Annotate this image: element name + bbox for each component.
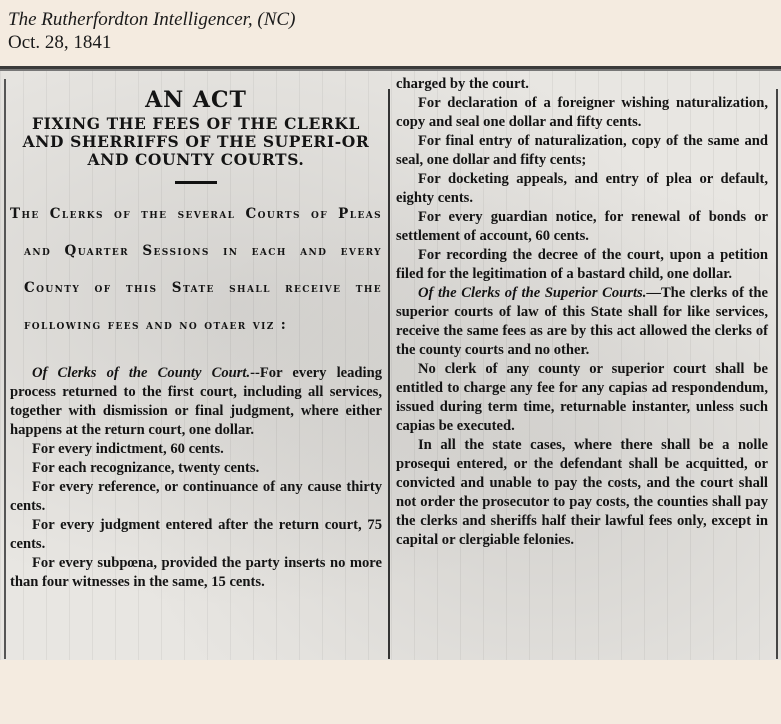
publication-date: Oct. 28, 1841 <box>8 31 295 54</box>
left-column: AN ACT FIXING THE FEES OF THE CLERKL AND… <box>10 75 382 592</box>
continued-text: charged by the court. <box>396 75 768 94</box>
right-border-rule <box>776 89 778 659</box>
newspaper-clipping: AN ACT FIXING THE FEES OF THE CLERKL AND… <box>0 66 781 660</box>
fee-paragraph: For every subpœna, provided the party in… <box>10 554 382 592</box>
fee-paragraph: For every indictment, 60 cents. <box>10 440 382 459</box>
left-border-rule <box>4 79 6 659</box>
newspaper-title: The Rutherfordton Intelligencer, (NC) <box>8 8 295 31</box>
act-subheading: FIXING THE FEES OF THE CLERKL AND SHERRI… <box>10 115 382 169</box>
fee-paragraph: In all the state cases, where there shal… <box>396 436 768 550</box>
heading-rule <box>175 181 217 184</box>
fee-paragraph: For every guardian notice, for renewal o… <box>396 208 768 246</box>
section-title: Of the Clerks of the Superior Courts. <box>418 285 646 301</box>
clipping-caption: The Rutherfordton Intelligencer, (NC) Oc… <box>8 8 295 54</box>
fee-paragraph: No clerk of any county or superior court… <box>396 360 768 436</box>
fee-paragraph: For every reference, or continuance of a… <box>10 478 382 516</box>
fee-paragraph: For docketing appeals, and entry of plea… <box>396 170 768 208</box>
county-court-section: Of Clerks of the County Court.--For ever… <box>10 364 382 440</box>
act-heading: AN ACT <box>10 89 382 111</box>
fee-paragraph: For declaration of a foreigner wishing n… <box>396 94 768 132</box>
act-preamble: The Clerks of the several Courts of Plea… <box>10 196 382 344</box>
fee-paragraph: For every judgment entered after the ret… <box>10 516 382 554</box>
fee-paragraph: For recording the decree of the court, u… <box>396 246 768 284</box>
fee-paragraph: For each recognizance, twenty cents. <box>10 459 382 478</box>
right-column: charged by the court. For declaration of… <box>396 75 768 550</box>
fee-paragraph: For final entry of naturalization, copy … <box>396 132 768 170</box>
section-title: Of Clerks of the County Court. <box>32 365 250 381</box>
superior-court-section: Of the Clerks of the Superior Courts.—Th… <box>396 284 768 360</box>
column-divider-rule <box>388 89 390 659</box>
